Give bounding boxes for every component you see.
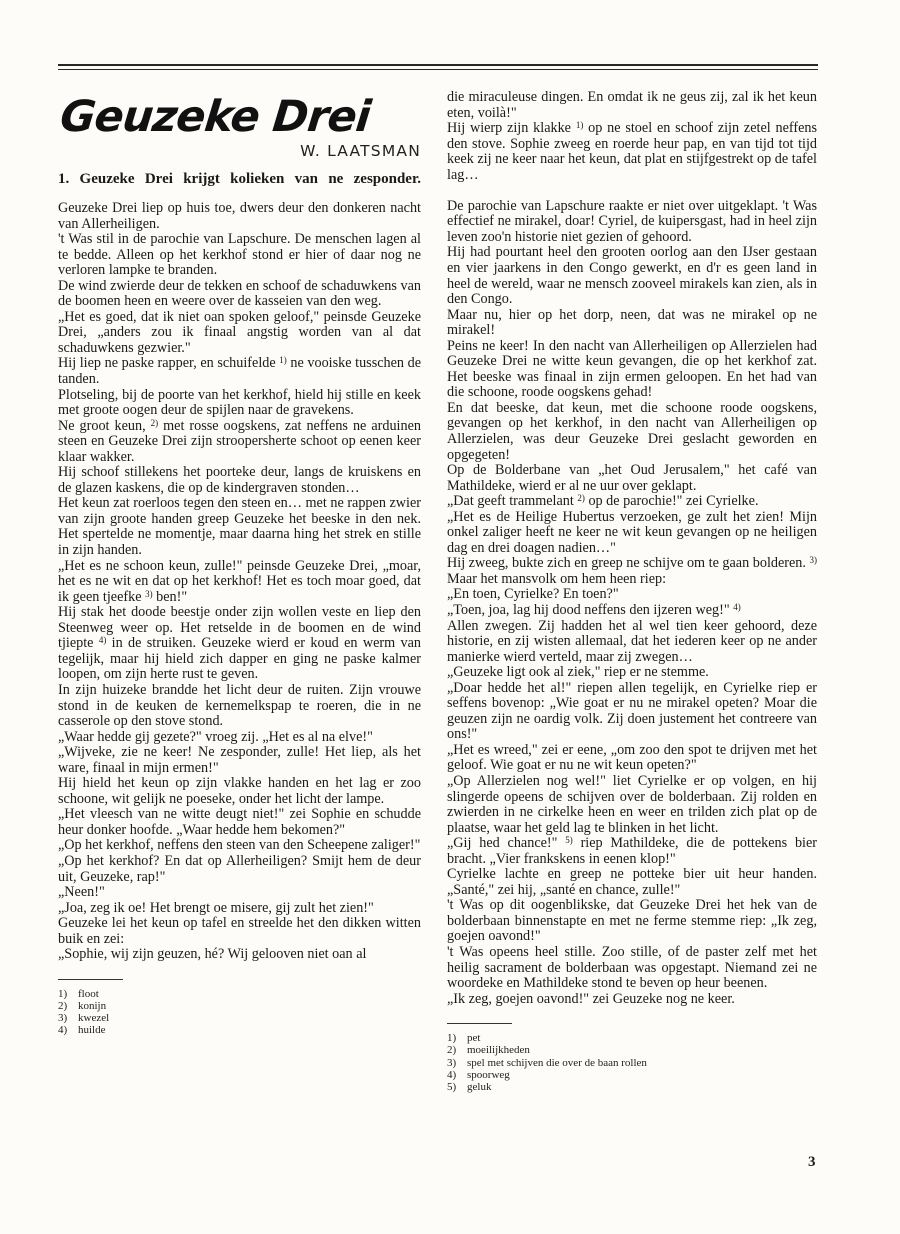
paragraph: En dat beeske, dat keun, met die schoone… xyxy=(447,401,817,463)
footnote-number: 1) xyxy=(447,1032,467,1044)
paragraph-text: ben!" xyxy=(153,589,188,605)
paragraph: „Gij hed chance!" 5) riep Mathildeke, di… xyxy=(447,836,817,867)
paragraph-text: „Dat geeft trammelant xyxy=(447,493,577,509)
paragraph: Hij hield het keun op zijn vlakke handen… xyxy=(58,776,421,807)
paragraph: „Toen, joa, lag hij dood neffens den ijz… xyxy=(447,603,817,619)
footnote-item: 5)geluk xyxy=(447,1081,817,1093)
paragraph: 't Was opeens heel stille. Zoo stille, o… xyxy=(447,945,817,992)
paragraph: „Het es ne schoon keun, zulle!" peinsde … xyxy=(58,559,421,606)
footnote-number: 3) xyxy=(447,1057,467,1069)
footnote-marker: 5) xyxy=(565,835,573,845)
paragraph: Cyrielke lachte en greep ne potteke bier… xyxy=(447,867,817,898)
footnote-text: kwezel xyxy=(78,1012,109,1024)
article-title: Geuzeke Drei xyxy=(58,94,426,140)
paragraph: Hij liep ne paske rapper, en schuifelde … xyxy=(58,356,421,387)
paragraph: In zijn huizeke brandde het licht deur d… xyxy=(58,683,421,730)
footnote-number: 4) xyxy=(58,1024,78,1036)
footnote-item: 3)kwezel xyxy=(58,1012,421,1024)
footnote-marker: 1) xyxy=(279,355,287,365)
footnote-text: floot xyxy=(78,988,99,1000)
paragraph: die miraculeuse dingen. En omdat ik ne g… xyxy=(447,90,817,121)
paragraph: Ne groot keun, 2) met rosse oogskens, za… xyxy=(58,419,421,466)
footnote-text: pet xyxy=(467,1032,480,1044)
paragraph: „Wijveke, zie ne keer! Ne zesponder, zul… xyxy=(58,745,421,776)
footnote-item: 3)spel met schijven die over de baan rol… xyxy=(447,1057,817,1069)
paragraph: „Neen!" xyxy=(58,885,421,901)
footnote-item: 1)pet xyxy=(447,1032,817,1044)
footnote-marker: 3) xyxy=(145,589,153,599)
paragraph: Allen zwegen. Zij hadden het al wel tien… xyxy=(447,619,817,666)
footnote-number: 3) xyxy=(58,1012,78,1024)
paragraph: Hij zweeg, bukte zich en greep ne schijv… xyxy=(447,556,817,587)
footnote-number: 5) xyxy=(447,1081,467,1093)
paragraph: „Doar hedde het al!" riepen allen tegeli… xyxy=(447,681,817,743)
paragraph: Plotseling, bij de poorte van het kerkho… xyxy=(58,388,421,419)
paragraph: Hij had pourtant heel den grooten oorlog… xyxy=(447,245,817,307)
footnote-marker: 3) xyxy=(810,555,818,565)
paragraph: 't Was op dit oogenblikske, dat Geuzeke … xyxy=(447,898,817,945)
paragraph-text: Hij zweeg, bukte zich en greep ne schijv… xyxy=(447,555,810,571)
paragraph: Hij wierp zijn klakke 1) op ne stoel en … xyxy=(447,121,817,183)
paragraph: „Dat geeft trammelant 2) op de parochie!… xyxy=(447,494,817,510)
paragraph: „Op het kerkhof, neffens den steen van d… xyxy=(58,838,421,854)
paragraph: „Waar hedde gij gezete?" vroeg zij. „Het… xyxy=(58,730,421,746)
paragraph-text: „Het es ne schoon keun, zulle!" peinsde … xyxy=(58,558,421,605)
paragraph: „Het vleesch van ne witte deugt niet!" z… xyxy=(58,807,421,838)
footnote-number: 2) xyxy=(58,1000,78,1012)
footnote-item: 2)konijn xyxy=(58,1000,421,1012)
footnote-number: 2) xyxy=(447,1044,467,1056)
paragraph: „Joa, zeg ik oe! Het brengt oe misere, g… xyxy=(58,901,421,917)
right-body-text: die miraculeuse dingen. En omdat ik ne g… xyxy=(447,90,817,1007)
paragraph: „Ik zeg, goejen oavond!" zei Geuzeke nog… xyxy=(447,992,817,1008)
left-column: Geuzeke Drei W. LAATSMAN 1. Geuzeke Drei… xyxy=(58,94,421,1037)
author-byline: W. LAATSMAN xyxy=(58,141,421,161)
footnote-text: moeilijkheden xyxy=(467,1044,530,1056)
footnote-item: 2)moeilijkheden xyxy=(447,1044,817,1056)
footnote-text: huilde xyxy=(78,1024,106,1036)
footnote-text: geluk xyxy=(467,1081,491,1093)
right-footnotes: 1)pet2)moeilijkheden3)spel met schijven … xyxy=(447,1032,817,1093)
paragraph: Maar nu, hier op het dorp, neen, dat was… xyxy=(447,308,817,339)
paragraph-text: op de parochie!" zei Cyrielke. xyxy=(585,493,759,509)
paragraph: Geuzeke Drei liep op huis toe, dwers deu… xyxy=(58,201,421,232)
left-footnotes: 1)floot2)konijn3)kwezel4)huilde xyxy=(58,988,421,1037)
footnote-text: spel met schijven die over de baan rolle… xyxy=(467,1057,647,1069)
footnote-divider xyxy=(447,1023,512,1024)
footnote-text: spoorweg xyxy=(467,1069,510,1081)
paragraph: „Op Allerzielen nog wel!" liet Cyrielke … xyxy=(447,774,817,836)
footnote-marker: 2) xyxy=(151,418,159,428)
footnote-item: 1)floot xyxy=(58,988,421,1000)
paragraph: „Het es de Heilige Hubertus verzoeken, g… xyxy=(447,510,817,557)
paragraph: „Geuzeke ligt ook al ziek," riep er ne s… xyxy=(447,665,817,681)
paragraph: 't Was stil in de parochie van Lapschure… xyxy=(58,232,421,279)
paragraph-text: Maar het mansvolk om hem heen riep: xyxy=(447,571,666,587)
paragraph: Hij stak het doode beestje onder zijn wo… xyxy=(58,605,421,683)
paragraph-text: Ne groot keun, xyxy=(58,418,151,434)
paragraph-text: Hij wierp zijn klakke xyxy=(447,120,576,136)
footnote-number: 4) xyxy=(447,1069,467,1081)
footnote-number: 1) xyxy=(58,988,78,1000)
paragraph: Op de Bolderbane van „het Oud Jerusalem,… xyxy=(447,463,817,494)
paragraph: Peins ne keer! In den nacht van Allerhei… xyxy=(447,339,817,401)
paragraph: „Het es wreed," zei er eene, „om zoo den… xyxy=(447,743,817,774)
paragraph-text: „Toen, joa, lag hij dood neffens den ijz… xyxy=(447,602,733,618)
paragraph: Hij schoof stillekens het poorteke deur,… xyxy=(58,465,421,496)
footnote-item: 4)spoorweg xyxy=(447,1069,817,1081)
paragraph: „Sophie, wij zijn geuzen, hé? Wij geloov… xyxy=(58,947,421,963)
paragraph: Het keun zat roerloos tegen den steen en… xyxy=(58,496,421,558)
footnote-text: konijn xyxy=(78,1000,106,1012)
header-double-rule xyxy=(58,64,818,70)
paragraph: Geuzeke lei het keun op tafel en streeld… xyxy=(58,916,421,947)
footnote-marker: 4) xyxy=(733,602,741,612)
footnote-marker: 2) xyxy=(577,493,585,503)
chapter-heading: 1. Geuzeke Drei krijgt kolieken van ne z… xyxy=(58,169,421,189)
footnote-divider xyxy=(58,979,123,980)
paragraph: De parochie van Lapschure raakte er niet… xyxy=(447,199,817,246)
page-number: 3 xyxy=(808,1154,816,1171)
paragraph-text: „Gij hed chance!" xyxy=(447,835,565,851)
paragraph: De wind zwierde deur de tekken en schoof… xyxy=(58,279,421,310)
right-column: die miraculeuse dingen. En omdat ik ne g… xyxy=(447,90,817,1093)
footnote-item: 4)huilde xyxy=(58,1024,421,1036)
paragraph: „Op het kerkhof? En dat op Allerheiligen… xyxy=(58,854,421,885)
paragraph: „En toen, Cyrielke? En toen?" xyxy=(447,587,817,603)
paragraph-text: Hij liep ne paske rapper, en schuifelde xyxy=(58,355,279,371)
left-body-text: Geuzeke Drei liep op huis toe, dwers deu… xyxy=(58,201,421,963)
paragraph-text: in de struiken. Geuzeke wierd er koud en… xyxy=(58,635,421,682)
paragraph: „Het es goed, dat ik niet oan spoken gel… xyxy=(58,310,421,357)
